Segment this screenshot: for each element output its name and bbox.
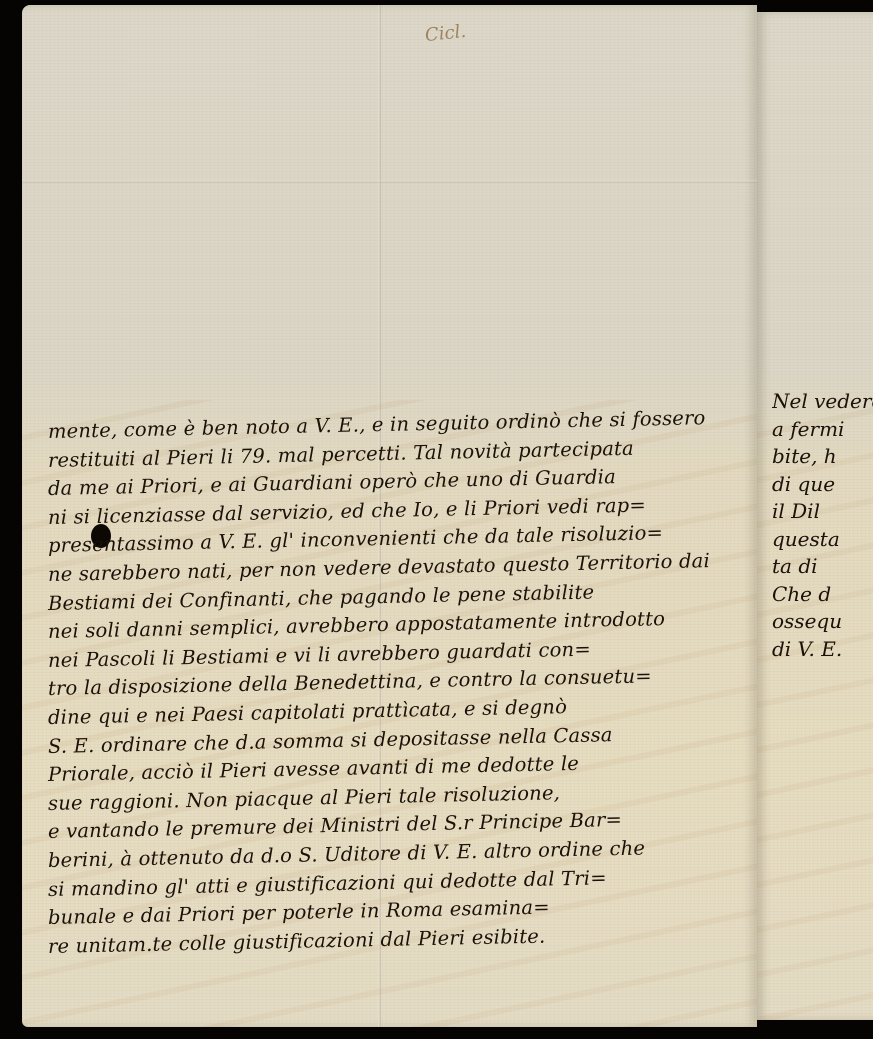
docket-mark: Cicl.: [424, 21, 467, 46]
text-line: ossequ: [772, 608, 873, 636]
text-line: ta di: [772, 553, 873, 581]
text-line: a fermi: [772, 416, 873, 444]
right-page-text: Nel vedere a fermi bite, h di que il Dil…: [772, 388, 873, 663]
fold-crease-horizontal: [22, 180, 757, 183]
text-line: Nel vedere: [772, 388, 873, 416]
text-line: questa: [772, 526, 873, 554]
left-page-text: mente, come è ben noto a V. E., e in seg…: [48, 418, 748, 961]
text-line: bite, h: [772, 443, 873, 471]
text-line: di V. E.: [772, 636, 873, 664]
text-line: di que: [772, 471, 873, 499]
text-line: Che d: [772, 581, 873, 609]
text-line: il Dil: [772, 498, 873, 526]
